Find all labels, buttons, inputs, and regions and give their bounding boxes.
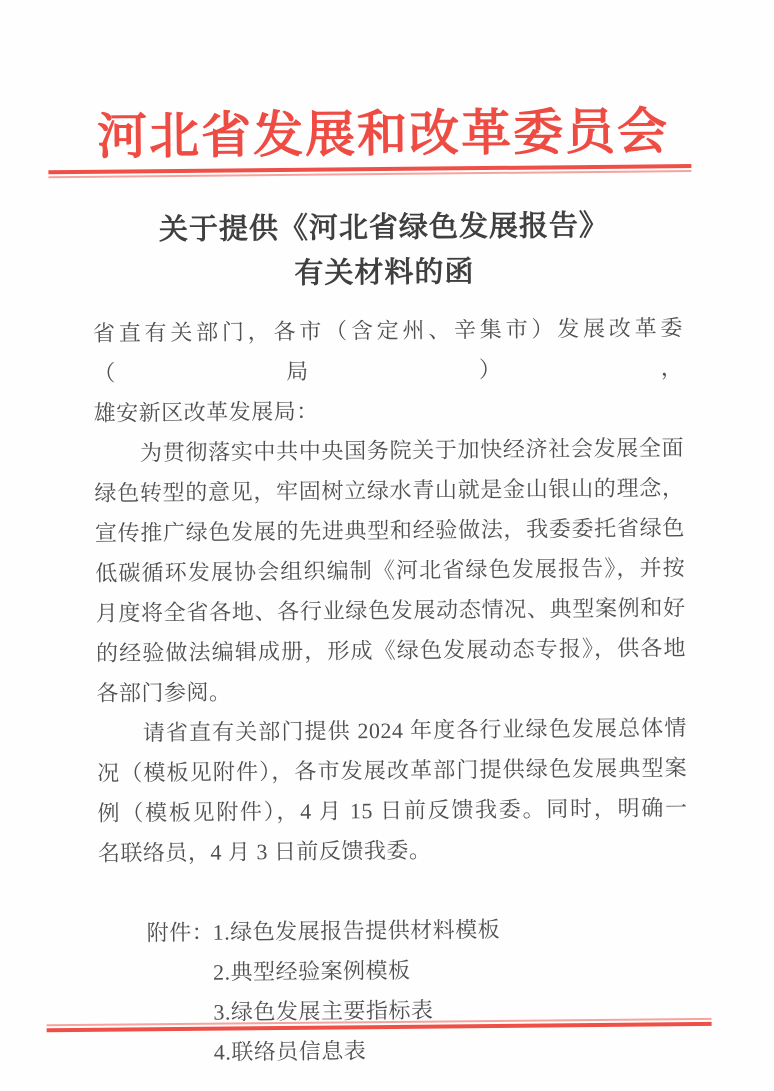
scanned-letter-page: 河北省发展和改革委员会 关于提供《河北省绿色发展报告》 有关材料的函 省直有关部… <box>0 0 774 1091</box>
body-line: 月度将全省各地、各行业绿色发展动态情况、典型案例和好 <box>95 588 685 634</box>
body-line: 绿色转型的意见，牢固树立绿水青山就是金山银山的理念， <box>94 468 684 514</box>
body-line: 请省直有关部门提供 2024 年度各行业绿色发展总体情 <box>97 708 687 754</box>
letterhead-org-name: 河北省发展和改革委员会 <box>0 90 770 169</box>
body-line: 低碳循环发展协会组织编制《河北省绿色发展报告》，并按 <box>95 548 685 594</box>
document-title-line2: 有关材料的函 <box>0 247 772 299</box>
attachment-item: 1.绿色发展报告提供材料模板 <box>213 910 501 953</box>
body-line: 省直有关部门，各市（含定州、辛集市）发展改革委（局）， <box>93 308 684 394</box>
letter-body: 省直有关部门，各市（含定州、辛集市）发展改革委（局）， 雄安新区改革发展局： 为… <box>93 308 690 1074</box>
attachment-item: 2.典型经验案例模板 <box>99 948 689 994</box>
document-title-line1: 关于提供《河北省绿色发展报告》 <box>0 202 771 254</box>
body-line: 况（模板见附件），各市发展改革部门提供绿色发展典型案 <box>97 748 687 794</box>
attachment-list: 附件： 1.绿色发展报告提供材料模板 2.典型经验案例模板 3.绿色发展主要指标… <box>99 908 691 1074</box>
body-line: 例（模板见附件），4 月 15 日前反馈我委。同时，明确一 <box>97 788 687 834</box>
attachment-label: 附件： <box>147 913 213 954</box>
scan-content: 河北省发展和改革委员会 关于提供《河北省绿色发展报告》 有关材料的函 省直有关部… <box>0 0 774 1091</box>
attachment-row-1: 附件： 1.绿色发展报告提供材料模板 <box>99 908 689 954</box>
body-line: 雄安新区改革发展局： <box>94 388 684 434</box>
attachment-item: 4.联络员信息表 <box>100 1028 690 1074</box>
body-line: 的经验做法编辑成册，形成《绿色发展动态专报》，供各地 <box>96 628 686 674</box>
document-title: 关于提供《河北省绿色发展报告》 有关材料的函 <box>0 202 772 299</box>
body-line: 各部门参阅。 <box>96 668 686 714</box>
body-line: 名联络员，4 月 3 日前反馈我委。 <box>98 828 688 874</box>
body-line: 宣传推广绿色发展的先进典型和经验做法，我委委托省绿色 <box>95 508 685 554</box>
body-line: 为贯彻落实中共中央国务院关于加快经济社会发展全面 <box>94 428 684 474</box>
